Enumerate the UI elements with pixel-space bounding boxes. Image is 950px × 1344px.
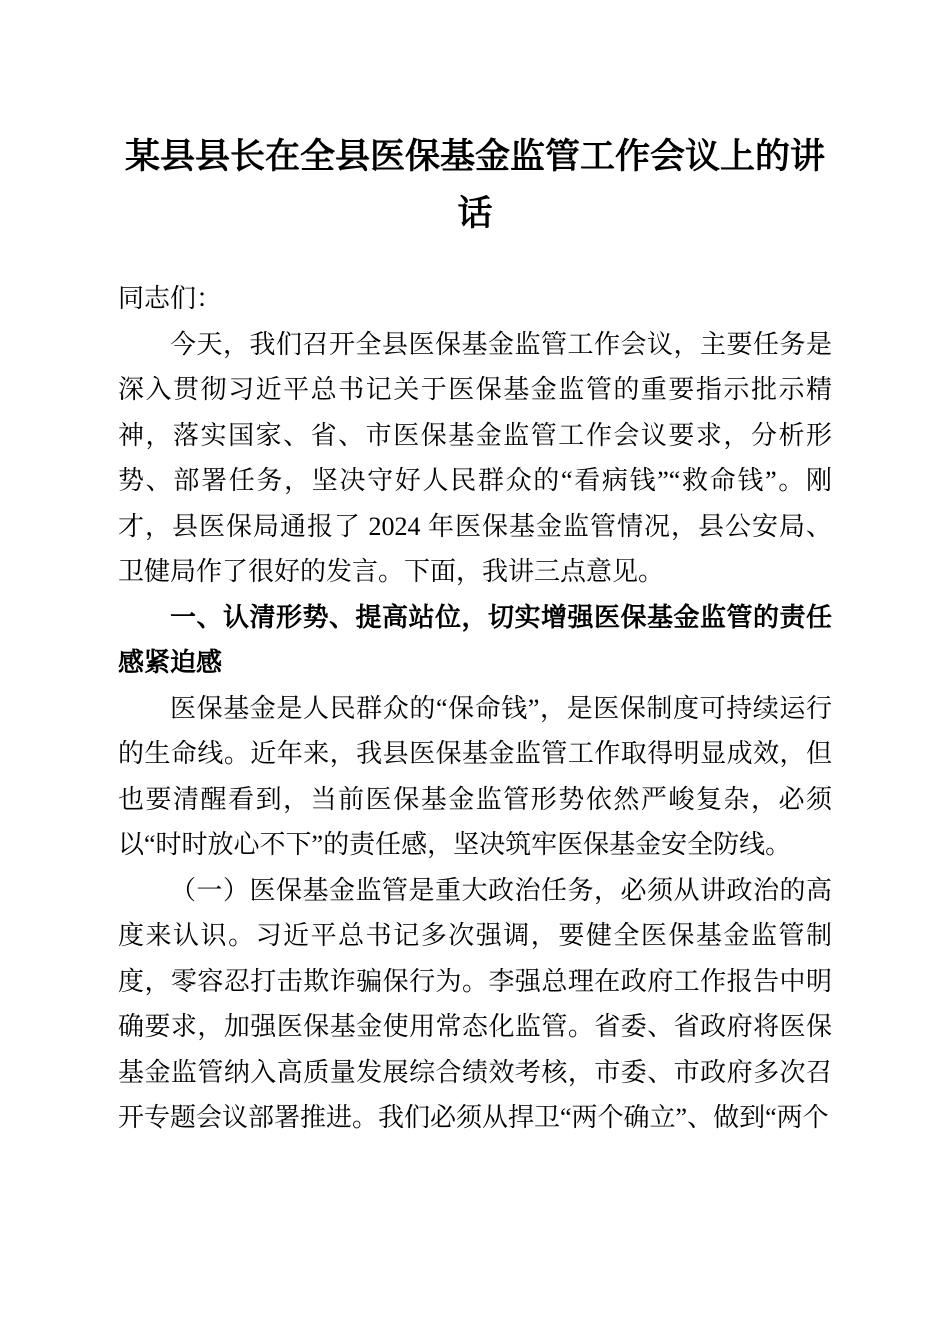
paragraph-sub1-rest: 习近平总书记多次强调，要健全医保基金监管制度，零容忍打击欺诈骗保行为。李强总理在… [118,921,832,1132]
paragraph-opening: 今天，我们召开全县医保基金监管工作会议，主要任务是深入贯彻习近平总书记关于医保基… [118,322,832,595]
document-title: 某县县长在全县医保基金监管工作会议上的讲话 [118,128,832,242]
salutation-line: 同志们： [118,276,832,322]
paragraph-situation: 医保基金是人民群众的“保命钱”，是医保制度可持续运行的生命线。近年来，我县医保基… [118,686,832,868]
section-heading-1: 一、认清形势、提高站位，切实增强医保基金监管的责任感紧迫感 [118,595,832,686]
paragraph-sub1: （一）医保基金监管是重大政治任务，必须从讲政治的高度来认识。习近平总书记多次强调… [118,868,832,1141]
document-page: 某县县长在全县医保基金监管工作会议上的讲话 同志们： 今天，我们召开全县医保基金… [0,0,950,1344]
